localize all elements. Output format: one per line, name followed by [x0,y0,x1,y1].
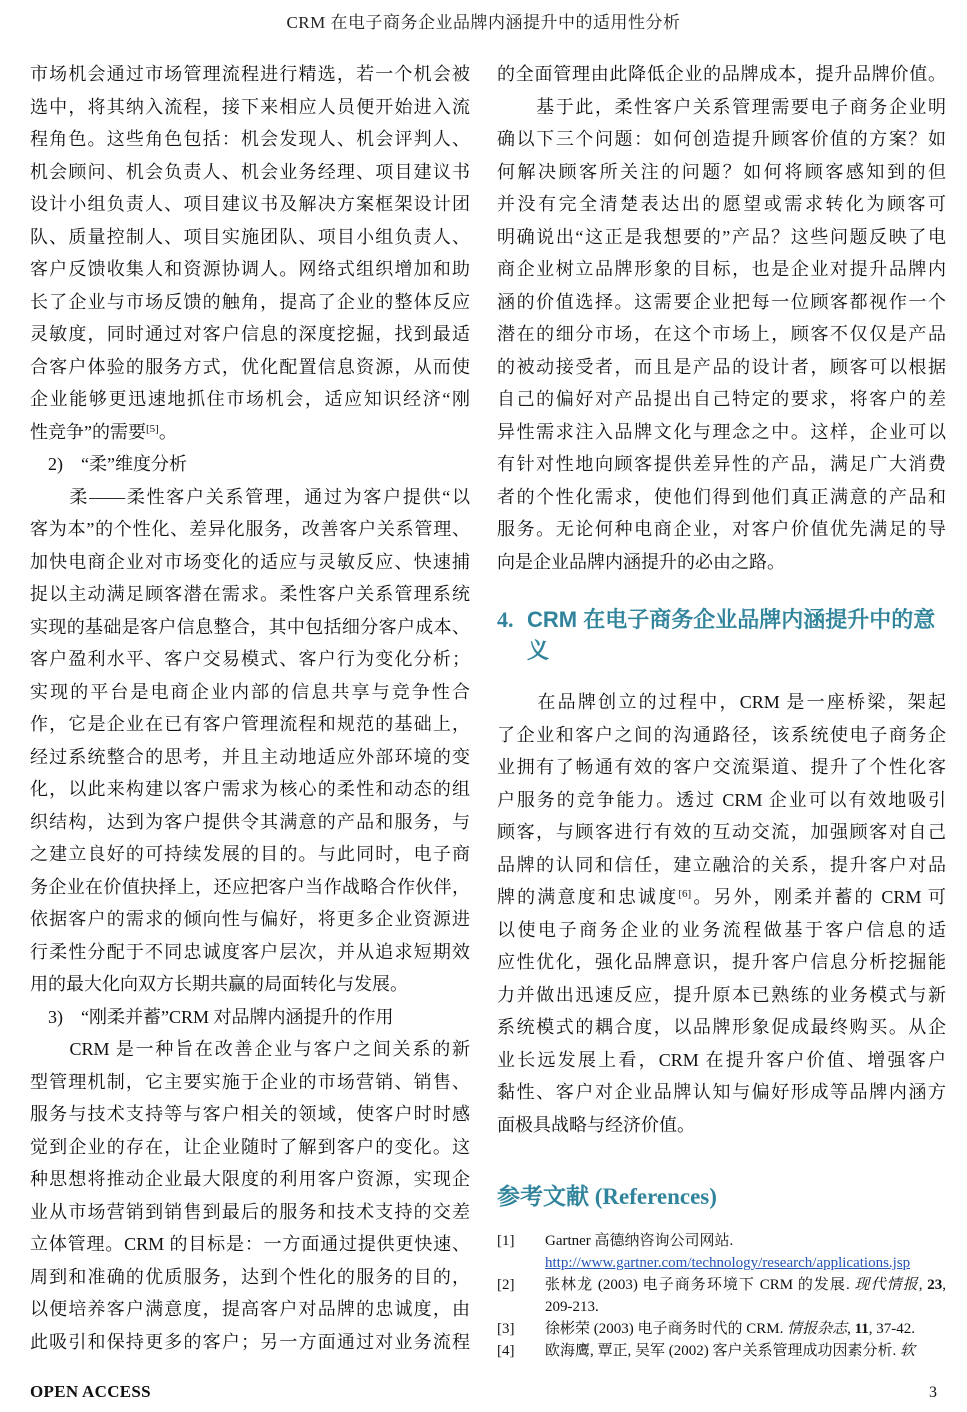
section-number: 4. [497,604,527,666]
text-line: 潜在的细分市场，在这个市场上，顾客不仅仅是产品 [497,318,946,351]
text-line: 客为本”的个性化、差异化服务，改善客户关系管理、 [30,513,470,546]
text-line: 向是企业品牌内涵提升的必由之路。 [497,546,946,579]
text-line: 此吸引和保持更多的客户；另一方面通过对业务流程 [30,1326,470,1359]
reference-text: 徐彬荣 (2003) 电子商务时代的 CRM. 情报杂志, 11, 37-42. [545,1318,946,1340]
text-line: 的被动接受者，而且是产品的设计者，顾客可以根据 [497,351,946,384]
text-line: 服务。无论何种电商企业，对客户价值优先满足的导 [497,513,946,546]
text-line: 的全面管理由此降低企业的品牌成本，提升品牌价值。 [497,58,946,91]
text-line: 实现的平台是电商企业内部的信息共享与竞争性合 [30,676,470,709]
text-line: 机会顾问、机会负责人、机会业务经理、项目建议书 [30,156,470,189]
text-line: 依据客户的需求的倾向性与偏好，将更多企业资源进 [30,903,470,936]
text-line: 业拥有了畅通有效的客户交流渠道、提升了个性化客 [497,751,946,784]
text-line: 自己的偏好对产品提出自己特定的要求，将客户的差 [497,383,946,416]
reference-list: [1]Gartner 高德纳咨询公司网站.http://www.gartner.… [497,1230,946,1362]
text-line: 务企业在价值抉择上，还应把客户当作战略合作伙伴， [30,871,470,904]
text-line: 选中，将其纳入流程，接下来相应人员便开始进入流 [30,91,470,124]
text-line: 面极具战略与经济价值。 [497,1109,946,1142]
left-column: 市场机会通过市场管理流程进行精选，若一个机会被选中，将其纳入流程，接下来相应人员… [30,58,470,1358]
text-line: 商企业树立品牌形象的目标，也是企业对提升品牌内 [497,253,946,286]
text-line: 以便培养客户满意度，提高客户对品牌的忠诚度，由 [30,1293,470,1326]
text-line: 周到和准确的优质服务，达到个性化的服务的目的， [30,1261,470,1294]
text-line: 确以下三个问题：如何创造提升顾客价值的方案？如 [497,123,946,156]
text-line: 织结构，达到为客户提供令其满意的产品和服务，与 [30,806,470,839]
text-line: CRM 是一种旨在改善企业与客户之间关系的新 [30,1033,470,1066]
reference-item: [1]Gartner 高德纳咨询公司网站.http://www.gartner.… [497,1230,946,1274]
text-line: 化，以此来构建以客户需求为核心的柔性和动态的组 [30,773,470,806]
text-line: 明确说出“这正是我想要的”产品？这些问题反映了电 [497,221,946,254]
text-line: 何解决顾客所关注的问题？如何将顾客感知到的但 [497,156,946,189]
text-line: 系统模式的耦合度，以品牌形象促成最终购买。从企 [497,1011,946,1044]
text-line: 程角色。这些角色包括：机会发现人、机会评判人、 [30,123,470,156]
references-heading-en: (References) [589,1184,717,1209]
text-line: 型管理机制，它主要实施于企业的市场营销、销售、 [30,1066,470,1099]
text-line: 业长远发展上看，CRM 在提升客户价值、增强客户 [497,1044,946,1077]
text-line: 企业能够更迅速地抓住市场机会，适应知识经济“刚 [30,383,470,416]
reference-item: [3]徐彬荣 (2003) 电子商务时代的 CRM. 情报杂志, 11, 37-… [497,1318,946,1340]
text-line: 在品牌创立的过程中，CRM 是一座桥梁，架起 [497,686,946,719]
right-column-top-text: 的全面管理由此降低企业的品牌成本，提升品牌价值。 基于此，柔性客户关系管理需要电… [497,58,946,578]
section-title: CRM 在电子商务企业品牌内涵提升中的意义 [527,604,946,666]
text-line: 以使电子商务企业的业务流程做基于客户信息的适 [497,914,946,947]
open-access-label: OPEN ACCESS [30,1382,151,1402]
text-line: 客户盈利水平、客户交易模式、客户行为变化分析； [30,643,470,676]
reference-text: 欧海鹰, 覃正, 吴军 (2002) 客户关系管理成功因素分析. 软 [545,1340,946,1362]
reference-number: [2] [497,1274,545,1318]
reference-text: 张林龙 (2003) 电子商务环境下 CRM 的发展. 现代情报, 23, 20… [545,1274,946,1318]
reference-number: [1] [497,1230,545,1274]
text-line: 牌的满意度和忠诚度[6]。另外，刚柔并蓄的 CRM 可 [497,881,946,914]
text-line: 业从市场营销到销售到最后的服务和技术支持的交差 [30,1196,470,1229]
text-line: 种思想将推动企业最大限度的利用客户资源，实现企 [30,1163,470,1196]
references-heading-zh: 参考文献 [497,1183,589,1209]
reference-number: [4] [497,1340,545,1362]
text-line: 顾客，与顾客进行有效的互动交流，加强顾客对自己 [497,816,946,849]
text-line: 行柔性分配于不同忠诚度客户层次，并从追求短期效 [30,936,470,969]
text-line: 设计小组负责人、项目建议书及解决方案框架设计团 [30,188,470,221]
text-line: 异性需求注入品牌文化与理念之中。这样，企业可以 [497,416,946,449]
text-line: 加快电商企业对市场变化的适应与灵敏反应、快速捕 [30,546,470,579]
text-line: 黏性、客户对企业品牌认知与偏好形成等品牌内涵方 [497,1076,946,1109]
reference-item: [4]欧海鹰, 覃正, 吴军 (2002) 客户关系管理成功因素分析. 软 [497,1340,946,1362]
section-4-heading: 4. CRM 在电子商务企业品牌内涵提升中的意义 [497,604,946,666]
text-line: 柔——柔性客户关系管理，通过为客户提供“以 [30,481,470,514]
reference-item: [2]张林龙 (2003) 电子商务环境下 CRM 的发展. 现代情报, 23,… [497,1274,946,1318]
text-line: 基于此，柔性客户关系管理需要电子商务企业明 [497,91,946,124]
text-line: 性竞争”的需要[5]。 [30,416,470,449]
text-line: 服务与技术支持等与客户相关的领域，使客户时时感 [30,1098,470,1131]
text-line: 客户反馈收集人和资源协调人。网络式组织增加和助 [30,253,470,286]
text-line: 灵敏度，同时通过对客户信息的深度挖掘，找到最适 [30,318,470,351]
reference-number: [3] [497,1318,545,1340]
text-line: 市场机会通过市场管理流程进行精选，若一个机会被 [30,58,470,91]
page-header-title: CRM 在电子商务企业品牌内涵提升中的适用性分析 [0,8,967,33]
text-line: 了企业和客户之间的沟通路径，该系统使电子商务企 [497,719,946,752]
text-line: 3) “刚柔并蓄”CRM 对品牌内涵提升的作用 [30,1001,470,1034]
text-line: 户服务的竞争能力。透过 CRM 企业可以有效地吸引 [497,784,946,817]
text-line: 用的最大化向双方长期共赢的局面转化与发展。 [30,968,470,1001]
text-line: 作，它是企业在已有客户管理流程和规范的基础上， [30,708,470,741]
text-line: 长了企业与市场反馈的触角，提高了企业的整体反应 [30,286,470,319]
paper-page: CRM 在电子商务企业品牌内涵提升中的适用性分析 市场机会通过市场管理流程进行精… [0,0,967,1412]
text-line: 觉到企业的存在，让企业随时了解到客户的变化。这 [30,1131,470,1164]
right-column: 的全面管理由此降低企业的品牌成本，提升品牌价值。 基于此，柔性客户关系管理需要电… [497,58,946,1362]
text-line: 涵的价值选择。这需要企业把每一位顾客都视作一个 [497,286,946,319]
text-line: 有针对性地向顾客提供差异性的产品，满足广大消费 [497,448,946,481]
text-line: 队、质量控制人、项目实施团队、项目小组负责人、 [30,221,470,254]
text-line: 并没有完全清楚表达出的愿望或需求转化为顾客可 [497,188,946,221]
footer-page-number: 3 [929,1384,937,1402]
text-line: 捉以主动满足顾客潜在需求。柔性客户关系管理系统 [30,578,470,611]
text-line: 品牌的认同和信任，建立融洽的关系，提升客户对品 [497,849,946,882]
text-line: 2) “柔”维度分析 [30,448,470,481]
section-4-body-text: 在品牌创立的过程中，CRM 是一座桥梁，架起了企业和客户之间的沟通路径，该系统使… [497,686,946,1141]
text-line: 立体管理。CRM 的目标是：一方面通过提供更快速、 [30,1228,470,1261]
reference-url-link[interactable]: http://www.gartner.com/technology/resear… [545,1252,946,1274]
text-line: 者的个性化需求，使他们得到他们真正满意的产品和 [497,481,946,514]
text-line: 力并做出迅速反应，提升原本已熟练的业务模式与新 [497,979,946,1012]
reference-text: Gartner 高德纳咨询公司网站.http://www.gartner.com… [545,1230,946,1274]
text-line: 之建立良好的可持续发展的目的。与此同时，电子商 [30,838,470,871]
page-footer: OPEN ACCESS 3 [30,1382,937,1402]
text-line: 应性优化，强化品牌意识，提升客户信息分析挖掘能 [497,946,946,979]
text-line: 合客户体验的服务方式，优化配置信息资源，从而使 [30,351,470,384]
text-line: 实现的基础是客户信息整合，其中包括细分客户成本、 [30,611,470,644]
text-line: 经过系统整合的思考，并且主动地适应外部环境的变 [30,741,470,774]
references-heading: 参考文献 (References) [497,1181,946,1212]
